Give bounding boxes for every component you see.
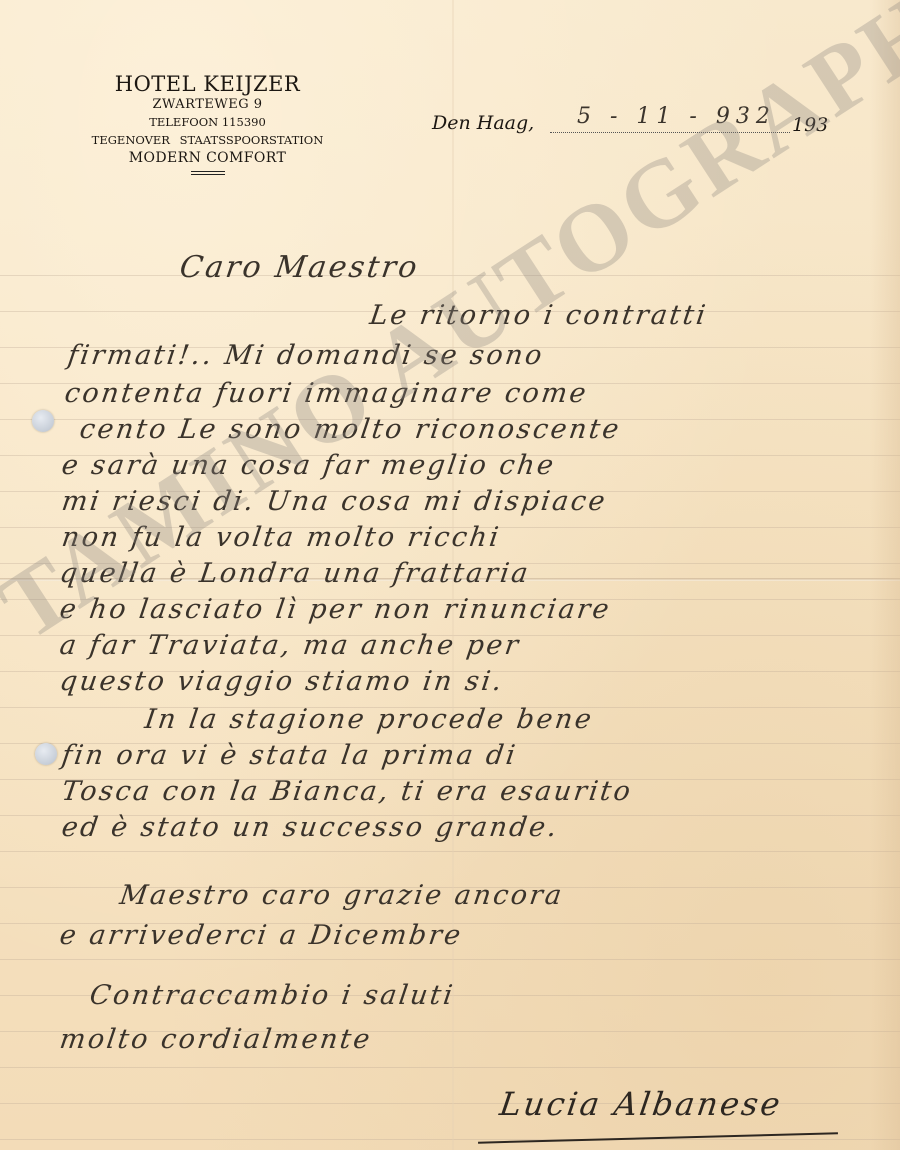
body-line: a far Traviata, ma anche per — [58, 630, 523, 661]
hotel-phone: TELEFOON 115390 — [65, 114, 350, 131]
body-line: questo viaggio stiamo in si. — [58, 666, 506, 697]
body-line: e sarà una cosa far meglio che — [60, 450, 558, 481]
body-line: quella è Londra una frattaria — [58, 558, 532, 589]
printed-year: 193 — [792, 114, 828, 136]
dotted-line — [550, 132, 790, 133]
hotel-name: HOTEL KEIJZER — [65, 72, 350, 96]
body-line: Tosca con la Bianca, ti era esaurito — [60, 776, 635, 807]
body-line: cento Le sono molto riconoscente — [78, 414, 623, 445]
letterhead: HOTEL KEIJZER ZWARTEWEG 9 TELEFOON 11539… — [65, 72, 350, 175]
salutation: Caro Maestro — [178, 250, 422, 285]
dateline: Den Haag, 5 - 11 - 932 193 — [432, 104, 832, 144]
closing-line: Maestro caro grazie ancora — [118, 880, 566, 911]
paper-edge-shadow — [870, 0, 900, 1150]
body-line: ed è stato un successo grande. — [60, 812, 561, 843]
body-line: fin ora vi è stata la prima di — [60, 740, 520, 771]
signature: Lucia Albanese — [497, 1085, 784, 1123]
place-name: Den Haag, — [432, 112, 534, 134]
hotel-tagline: MODERN COMFORT — [65, 149, 350, 167]
body-line: non fu la volta molto ricchi — [60, 522, 503, 553]
closing-line: e arrivederci a Dicembre — [58, 920, 465, 951]
hotel-location: TEGENOVER STAATSSPOORSTATION — [65, 131, 350, 149]
body-line: firmati!.. Mi domandi se sono — [66, 340, 546, 371]
body-line: mi riesci di. Una cosa mi dispiace — [60, 486, 609, 517]
body-line: e ho lasciato lì per non rinunciare — [58, 594, 613, 625]
handwritten-date: 5 - 11 - 932 — [577, 104, 776, 129]
double-rule — [191, 171, 225, 175]
body-line: In la stagione procede bene — [143, 704, 596, 735]
hotel-street: ZWARTEWEG 9 — [65, 96, 350, 114]
body-line: Le ritorno i contratti — [368, 300, 710, 331]
body-line: contenta fuori immaginare come — [63, 378, 590, 409]
closing-line: Contraccambio i saluti — [88, 980, 457, 1011]
punch-hole-icon — [35, 743, 57, 765]
punch-hole-icon — [32, 410, 54, 432]
closing-line: molto cordialmente — [58, 1024, 374, 1055]
